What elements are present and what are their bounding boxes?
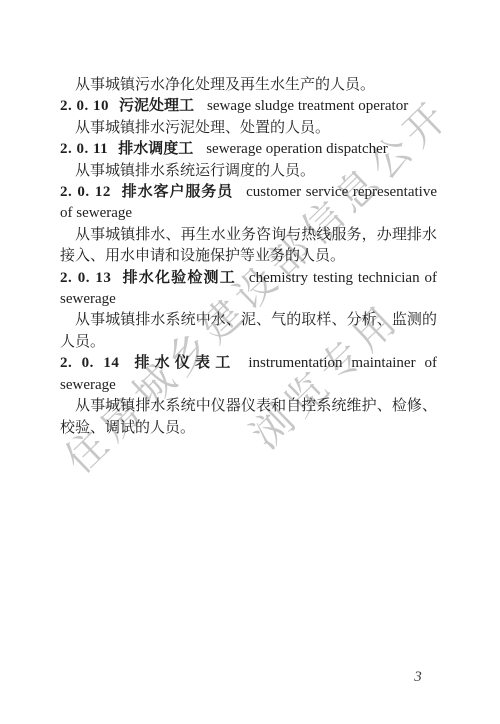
term-zh: 排水调度工 [118, 141, 193, 157]
term-number: 2. 0. 13 [60, 270, 111, 286]
term-zh: 污泥处理工 [119, 98, 194, 114]
term-heading: 2. 0. 14排水仪表工instrumentation maintainer … [60, 353, 437, 396]
term-definition: 从事城镇排水系统中水、泥、气的取样、分析、监测的人员。 [60, 310, 437, 353]
term-en: sewerage operation dispatcher [206, 141, 388, 157]
term-heading: 2. 0. 10污泥处理工sewage sludge treatment ope… [60, 96, 437, 117]
term-zh: 排水化验检测工 [121, 270, 236, 286]
term-zh: 排水仪表工 [129, 355, 235, 371]
term-number: 2. 0. 14 [60, 355, 119, 371]
term-zh: 排水客户服务员 [121, 184, 233, 200]
term-definition: 从事城镇排水系统中仪器仪表和自控系统维护、检修、校验、调试的人员。 [60, 396, 437, 439]
term-definition: 从事城镇排水、再生水业务咨询与热线服务，办理排水接入、用水申请和设施保护等业务的… [60, 225, 437, 268]
term-en: chemistry testing technician of sewerage [60, 270, 437, 307]
term-entry: 2. 0. 13排水化验检测工chemistry testing technic… [60, 268, 437, 354]
term-entry: 2. 0. 10污泥处理工sewage sludge treatment ope… [60, 96, 437, 139]
term-number: 2. 0. 12 [60, 184, 111, 200]
term-en: customer service representative of sewer… [60, 184, 437, 221]
page-number: 3 [408, 669, 428, 686]
term-entry: 2. 0. 14排水仪表工instrumentation maintainer … [60, 353, 437, 439]
document-page: 住房城乡建设部信息公开 浏览专用 从事城镇污水净化处理及再生水生产的人员。 2.… [0, 0, 500, 724]
term-entry: 2. 0. 11排水调度工sewerage operation dispatch… [60, 139, 437, 182]
continuation-paragraph: 从事城镇污水净化处理及再生水生产的人员。 [60, 75, 437, 96]
term-entry: 2. 0. 12排水客户服务员customer service represen… [60, 182, 437, 268]
term-en: sewage sludge treatment operator [207, 98, 408, 114]
term-heading: 2. 0. 12排水客户服务员customer service represen… [60, 182, 437, 225]
term-heading: 2. 0. 13排水化验检测工chemistry testing technic… [60, 268, 437, 311]
term-definition: 从事城镇排水系统运行调度的人员。 [60, 161, 437, 182]
term-heading: 2. 0. 11排水调度工sewerage operation dispatch… [60, 139, 437, 160]
term-number: 2. 0. 10 [60, 98, 109, 114]
page-content: 从事城镇污水净化处理及再生水生产的人员。 2. 0. 10污泥处理工sewage… [60, 75, 437, 439]
term-number: 2. 0. 11 [60, 141, 108, 157]
term-definition: 从事城镇排水污泥处理、处置的人员。 [60, 118, 437, 139]
